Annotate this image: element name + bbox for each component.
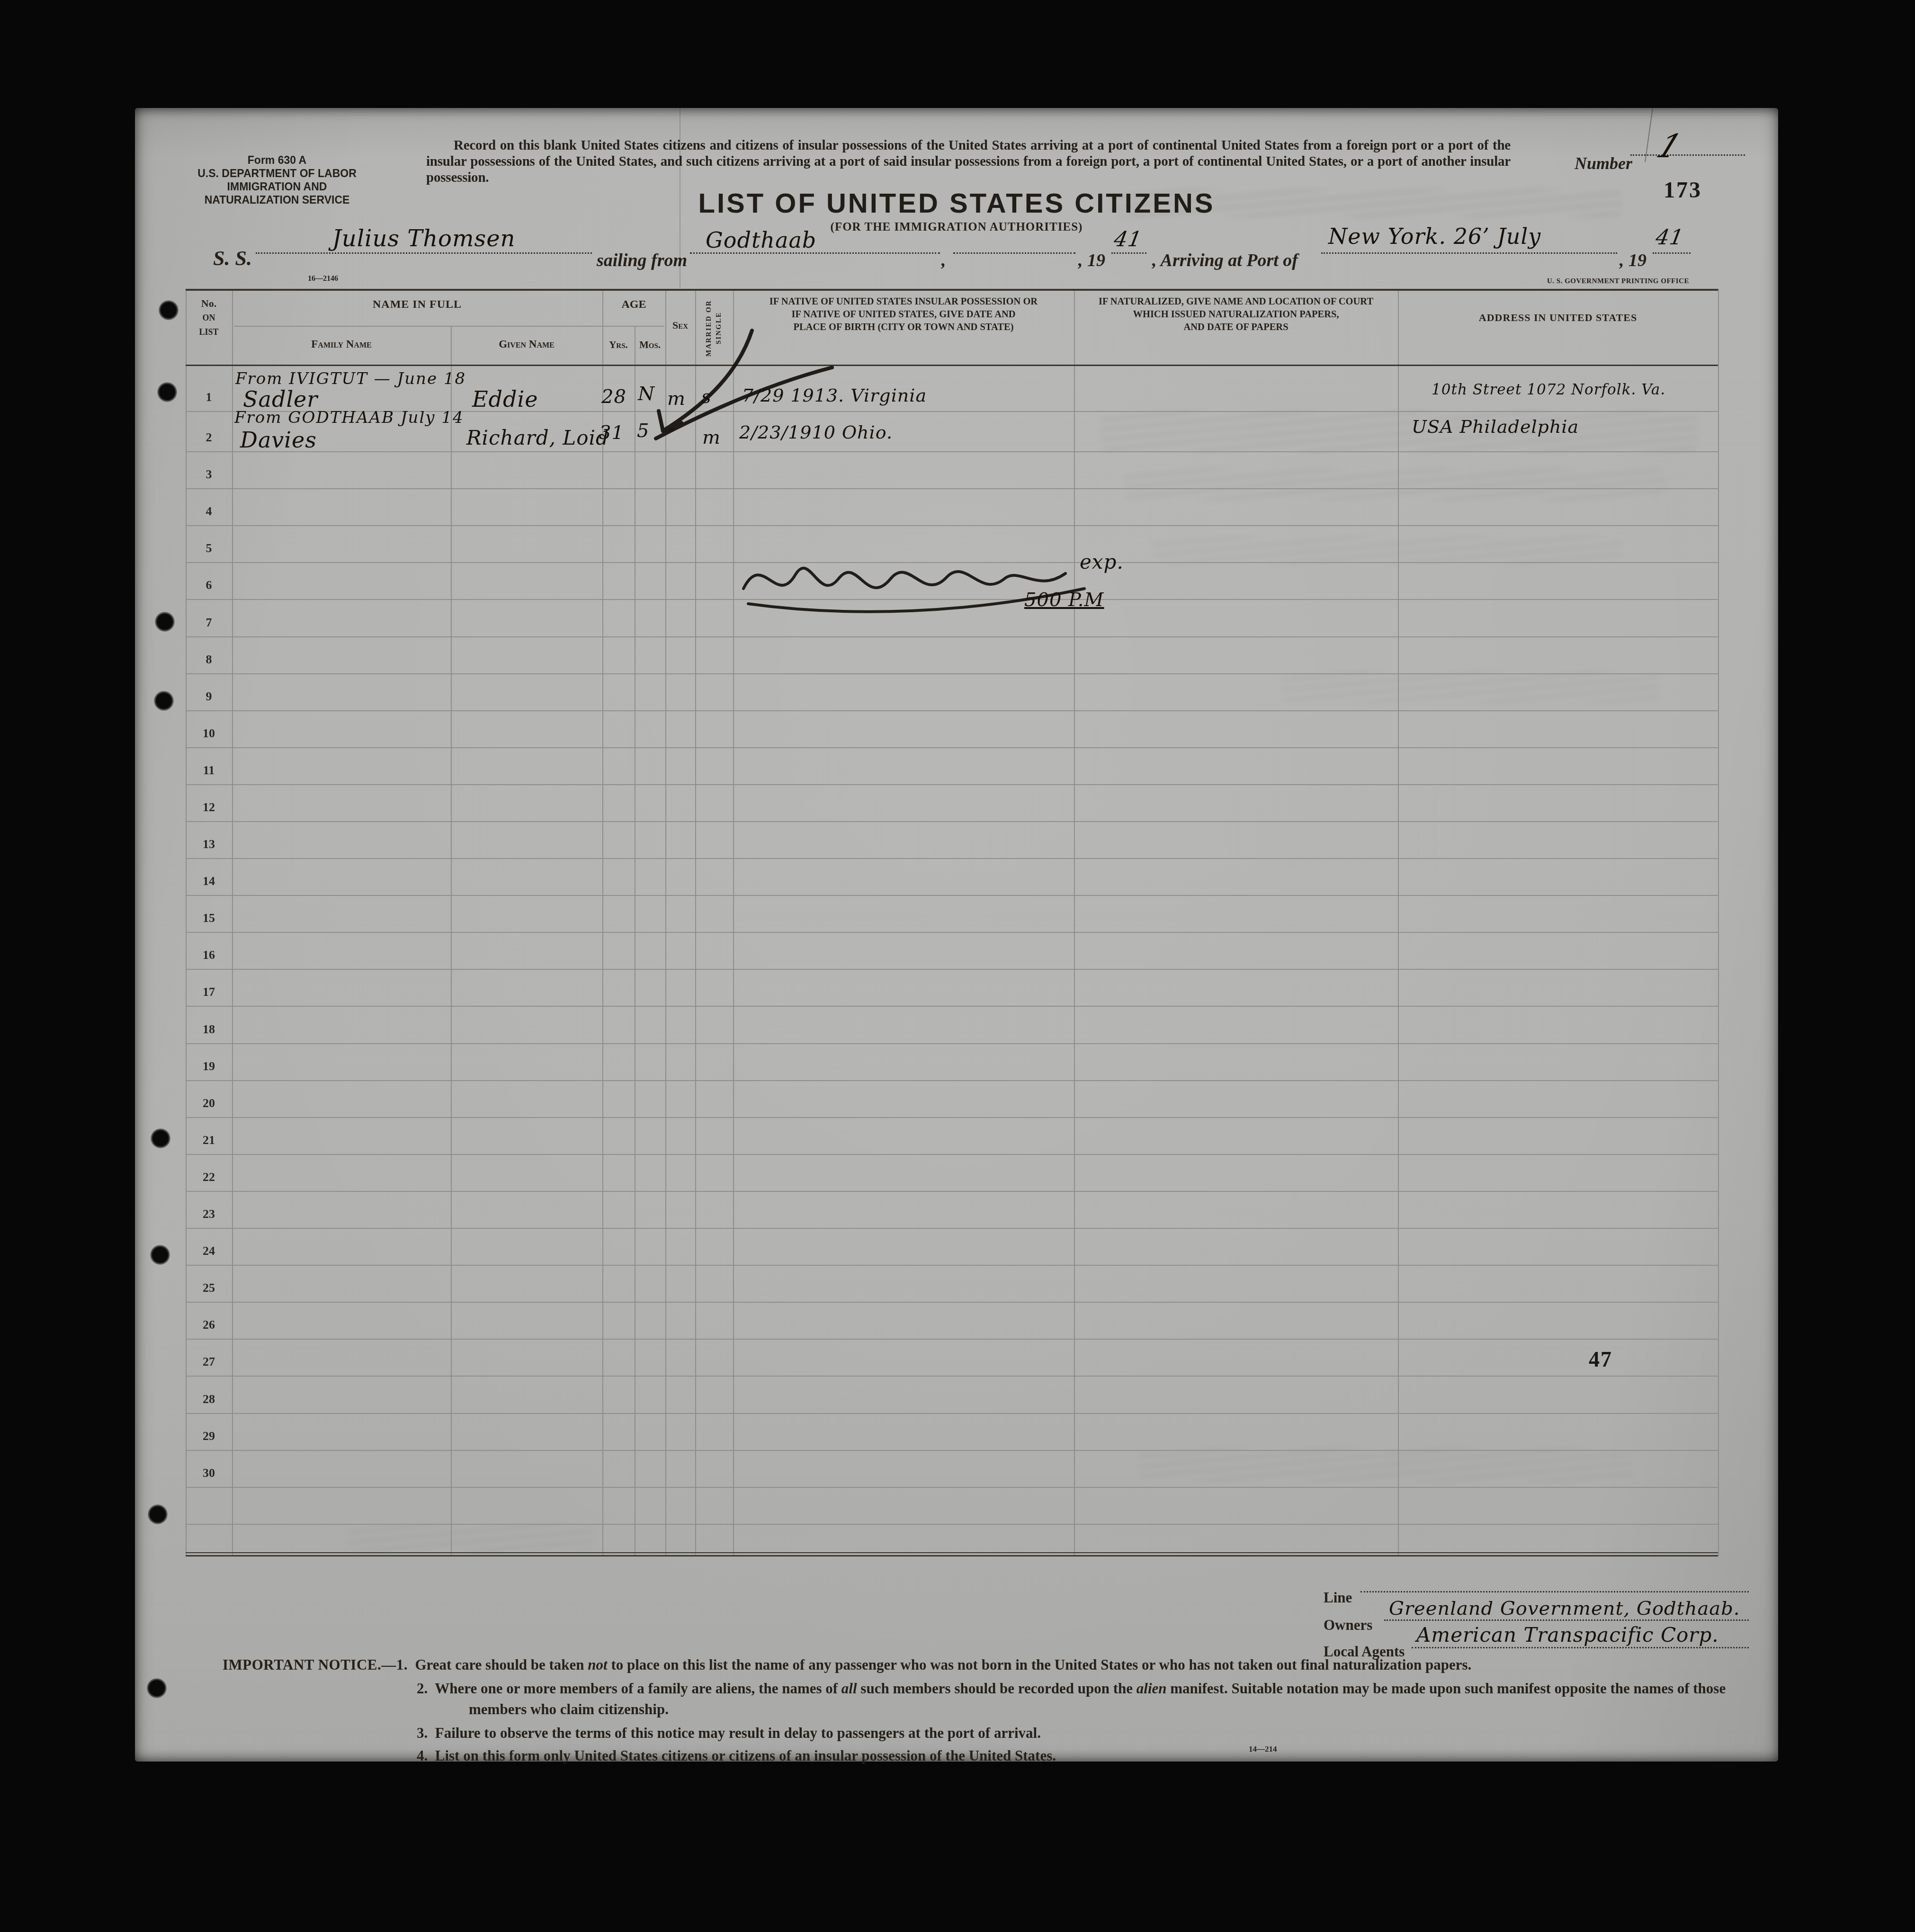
row-line bbox=[186, 488, 1718, 489]
row-number: 11 bbox=[186, 763, 232, 778]
notice-1-text2: to place on this list the name of any pa… bbox=[608, 1656, 1472, 1673]
annotation-from-godthaab: From GODTHAAB July 14 bbox=[234, 408, 464, 427]
row-number: 2 bbox=[186, 430, 232, 445]
row-number: 22 bbox=[186, 1170, 232, 1184]
gridline-vertical bbox=[1398, 289, 1399, 1556]
row-number: 16 bbox=[186, 948, 232, 962]
line-label: Line bbox=[1324, 1589, 1352, 1606]
row-number: 5 bbox=[186, 541, 232, 555]
gridline-vertical bbox=[1074, 289, 1075, 1556]
row-number: 30 bbox=[186, 1466, 232, 1480]
row-line bbox=[186, 1450, 1718, 1451]
owners-handwritten: Greenland Government, Godthaab. bbox=[1389, 1598, 1740, 1619]
naturalized-header-line2: WHICH ISSUED NATURALIZATION PAPERS, bbox=[1074, 308, 1398, 321]
gridline-vertical bbox=[635, 326, 635, 1556]
notice-1-emph: not bbox=[588, 1656, 607, 1673]
notice-3-text: Failure to observe the terms of this not… bbox=[435, 1725, 1041, 1741]
notice-item-1: IMPORTANT NOTICE.—1. Great care should b… bbox=[223, 1655, 1766, 1675]
document-sheet: Form 630 A U.S. DEPARTMENT OF LABOR IMMI… bbox=[135, 108, 1778, 1762]
row-number: 21 bbox=[186, 1133, 232, 1147]
row-number: 12 bbox=[186, 800, 232, 814]
gridline-vertical bbox=[232, 289, 233, 1556]
row-line bbox=[186, 1302, 1718, 1303]
col-family-header: Family Name bbox=[232, 338, 451, 350]
row-line bbox=[186, 932, 1718, 933]
header-sub-rule bbox=[234, 326, 664, 327]
sheet-number-stamp: 47 bbox=[1589, 1347, 1612, 1372]
col-address-header: ADDRESS IN UNITED STATES bbox=[1398, 312, 1718, 324]
gridline-vertical bbox=[1718, 289, 1719, 1556]
entry1-given-name: Eddie bbox=[472, 388, 538, 410]
row-number: 29 bbox=[186, 1429, 232, 1443]
notice-2-text: Where one or more members of a family ar… bbox=[435, 1680, 841, 1697]
entry1-address: 10th Street 1072 Norfolk. Va. bbox=[1432, 383, 1665, 397]
col-given-header: Given Name bbox=[451, 338, 602, 350]
col-no-header: No. ON LIST bbox=[186, 296, 232, 339]
col-no-line1: No. bbox=[186, 296, 232, 311]
endorsement-exp: exp. bbox=[1080, 550, 1124, 573]
row-number: 13 bbox=[186, 837, 232, 851]
row-number: 3 bbox=[186, 467, 232, 482]
col-no-line2: ON bbox=[186, 311, 232, 325]
important-notice: IMPORTANT NOTICE.—1. Great care should b… bbox=[223, 1655, 1766, 1766]
naturalized-header-line1: IF NATURALIZED, GIVE NAME AND LOCATION O… bbox=[1074, 295, 1398, 308]
notice-2-emph2: alien bbox=[1136, 1680, 1167, 1697]
row-line bbox=[186, 1191, 1718, 1192]
row-line bbox=[186, 1154, 1718, 1155]
row-line bbox=[186, 710, 1718, 711]
col-naturalized-header: IF NATURALIZED, GIVE NAME AND LOCATION O… bbox=[1074, 295, 1398, 334]
notice-item-2: 2. Where one or more members of a family… bbox=[223, 1678, 1766, 1720]
row-line bbox=[186, 747, 1718, 748]
row-line bbox=[186, 1376, 1718, 1377]
row-line bbox=[186, 1265, 1718, 1266]
entry1-family-name: Sadler bbox=[243, 388, 318, 410]
row-number: 8 bbox=[186, 653, 232, 667]
row-number: 18 bbox=[186, 1022, 232, 1037]
scan-background: { "stamps": { "page_number": "173", "she… bbox=[0, 0, 1915, 1932]
row-number: 26 bbox=[186, 1318, 232, 1332]
notice-item-4: 4. List on this form only United States … bbox=[417, 1745, 1766, 1766]
row-line bbox=[186, 1413, 1718, 1414]
row-line bbox=[186, 858, 1718, 859]
row-line bbox=[186, 895, 1718, 896]
entry2-address: USA Philadelphia bbox=[1412, 418, 1579, 436]
annotation-from-ivigtut: From IVIGTUT — June 18 bbox=[235, 369, 466, 388]
row-line bbox=[186, 784, 1718, 785]
notice-2-emph1: all bbox=[841, 1680, 857, 1697]
row-number: 24 bbox=[186, 1244, 232, 1258]
gridline-vertical bbox=[451, 326, 452, 1556]
endorsement-time: 500 P.M bbox=[1024, 589, 1104, 611]
row-number: 19 bbox=[186, 1059, 232, 1073]
col-no-line3: LIST bbox=[186, 325, 232, 339]
entry2-given-name: Richard, Loid bbox=[466, 428, 609, 448]
inspector-checkmark bbox=[618, 312, 883, 463]
row-line bbox=[186, 525, 1718, 526]
row-line bbox=[186, 1117, 1718, 1118]
header-bottom-border bbox=[186, 365, 1718, 366]
row-line bbox=[186, 1043, 1718, 1044]
table-bottom-border bbox=[186, 1555, 1718, 1556]
owners-rule bbox=[1384, 1619, 1749, 1621]
row-line bbox=[186, 821, 1718, 822]
row-line bbox=[186, 1228, 1718, 1229]
row-line bbox=[186, 969, 1718, 970]
row-line bbox=[186, 1487, 1718, 1488]
col-name-header: NAME IN FULL bbox=[232, 298, 602, 311]
row-number: 27 bbox=[186, 1355, 232, 1369]
gridline-vertical bbox=[733, 289, 734, 1556]
agents-handwritten: American Transpacific Corp. bbox=[1416, 1623, 1719, 1646]
row-line bbox=[186, 636, 1718, 637]
row-number: 4 bbox=[186, 504, 232, 519]
row-number: 28 bbox=[186, 1392, 232, 1406]
row-line bbox=[186, 1080, 1718, 1081]
notice-3-number: 3. bbox=[417, 1725, 428, 1741]
line-rule bbox=[1360, 1591, 1749, 1592]
row-number: 9 bbox=[186, 689, 232, 704]
row-number: 23 bbox=[186, 1207, 232, 1221]
plate-number-bottom: 14—214 bbox=[1249, 1744, 1277, 1754]
row-line bbox=[186, 673, 1718, 674]
owners-label: Owners bbox=[1324, 1617, 1372, 1634]
row-number: 20 bbox=[186, 1096, 232, 1110]
row-number: 10 bbox=[186, 726, 232, 741]
notice-2-text2: such members should be recorded upon the bbox=[857, 1680, 1136, 1697]
gridline-vertical bbox=[665, 289, 666, 1556]
notice-item-3: 3. Failure to observe the terms of this … bbox=[417, 1723, 1766, 1744]
gridline-vertical bbox=[602, 289, 603, 1556]
row-number: 7 bbox=[186, 616, 232, 630]
row-number: 17 bbox=[186, 985, 232, 999]
notice-1-text: Great care should be taken bbox=[415, 1656, 588, 1673]
birth-header-line1: IF NATIVE OF UNITED STATES INSULAR POSSE… bbox=[733, 295, 1074, 308]
gridline-vertical bbox=[695, 289, 696, 1556]
row-number: 6 bbox=[186, 578, 232, 592]
naturalized-header-line3: AND DATE OF PAPERS bbox=[1074, 321, 1398, 334]
row-line bbox=[186, 1524, 1718, 1525]
table-bottom-border bbox=[186, 1552, 1718, 1553]
agents-rule bbox=[1412, 1647, 1749, 1648]
entry2-family-name: Davies bbox=[240, 429, 317, 451]
row-line bbox=[186, 1006, 1718, 1007]
notice-4-number: 4. bbox=[417, 1747, 428, 1764]
row-line bbox=[186, 1339, 1718, 1340]
row-number: 1 bbox=[186, 390, 232, 404]
notice-2-number: 2. bbox=[417, 1680, 428, 1697]
row-number: 25 bbox=[186, 1281, 232, 1295]
col-age-header: AGE bbox=[602, 298, 665, 311]
manifest-table: 1234567891011121314151617181920212223242… bbox=[135, 108, 1778, 1762]
notice-4-text: List on this form only United States cit… bbox=[435, 1747, 1056, 1764]
row-line bbox=[186, 451, 1718, 452]
row-number: 15 bbox=[186, 911, 232, 925]
table-top-border bbox=[186, 289, 1718, 291]
notice-lead: IMPORTANT NOTICE.—1. bbox=[223, 1656, 408, 1673]
row-number: 14 bbox=[186, 874, 232, 888]
